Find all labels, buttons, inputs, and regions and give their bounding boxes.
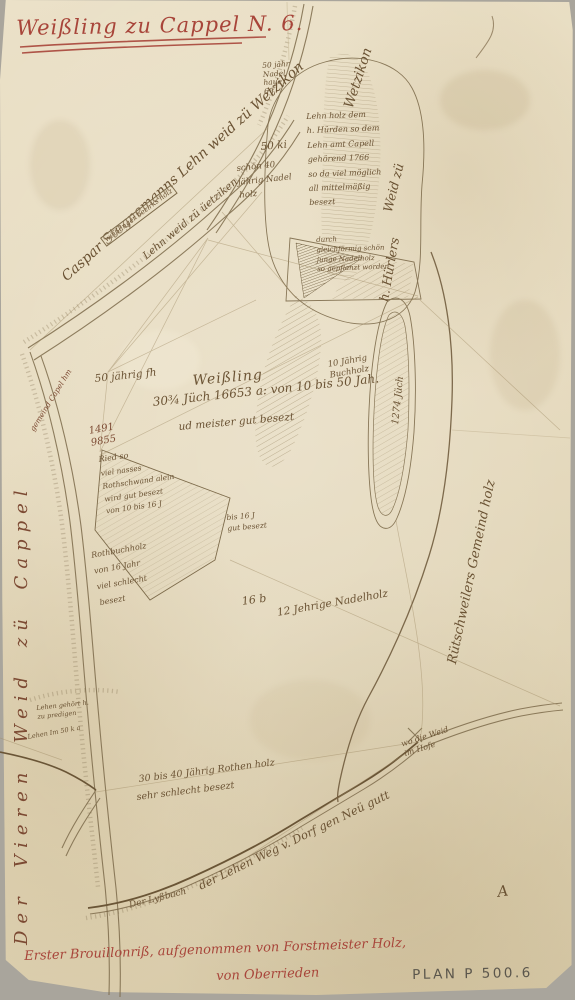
map-scan: Weißling zu Cappel N. 6. Caspar Stegnema… <box>0 0 575 1000</box>
hatched-forest-areas <box>95 54 414 600</box>
corner-flourish <box>476 16 494 58</box>
map-linework <box>0 0 575 1000</box>
hedge-ticks <box>22 6 302 918</box>
title-underline <box>20 37 266 53</box>
